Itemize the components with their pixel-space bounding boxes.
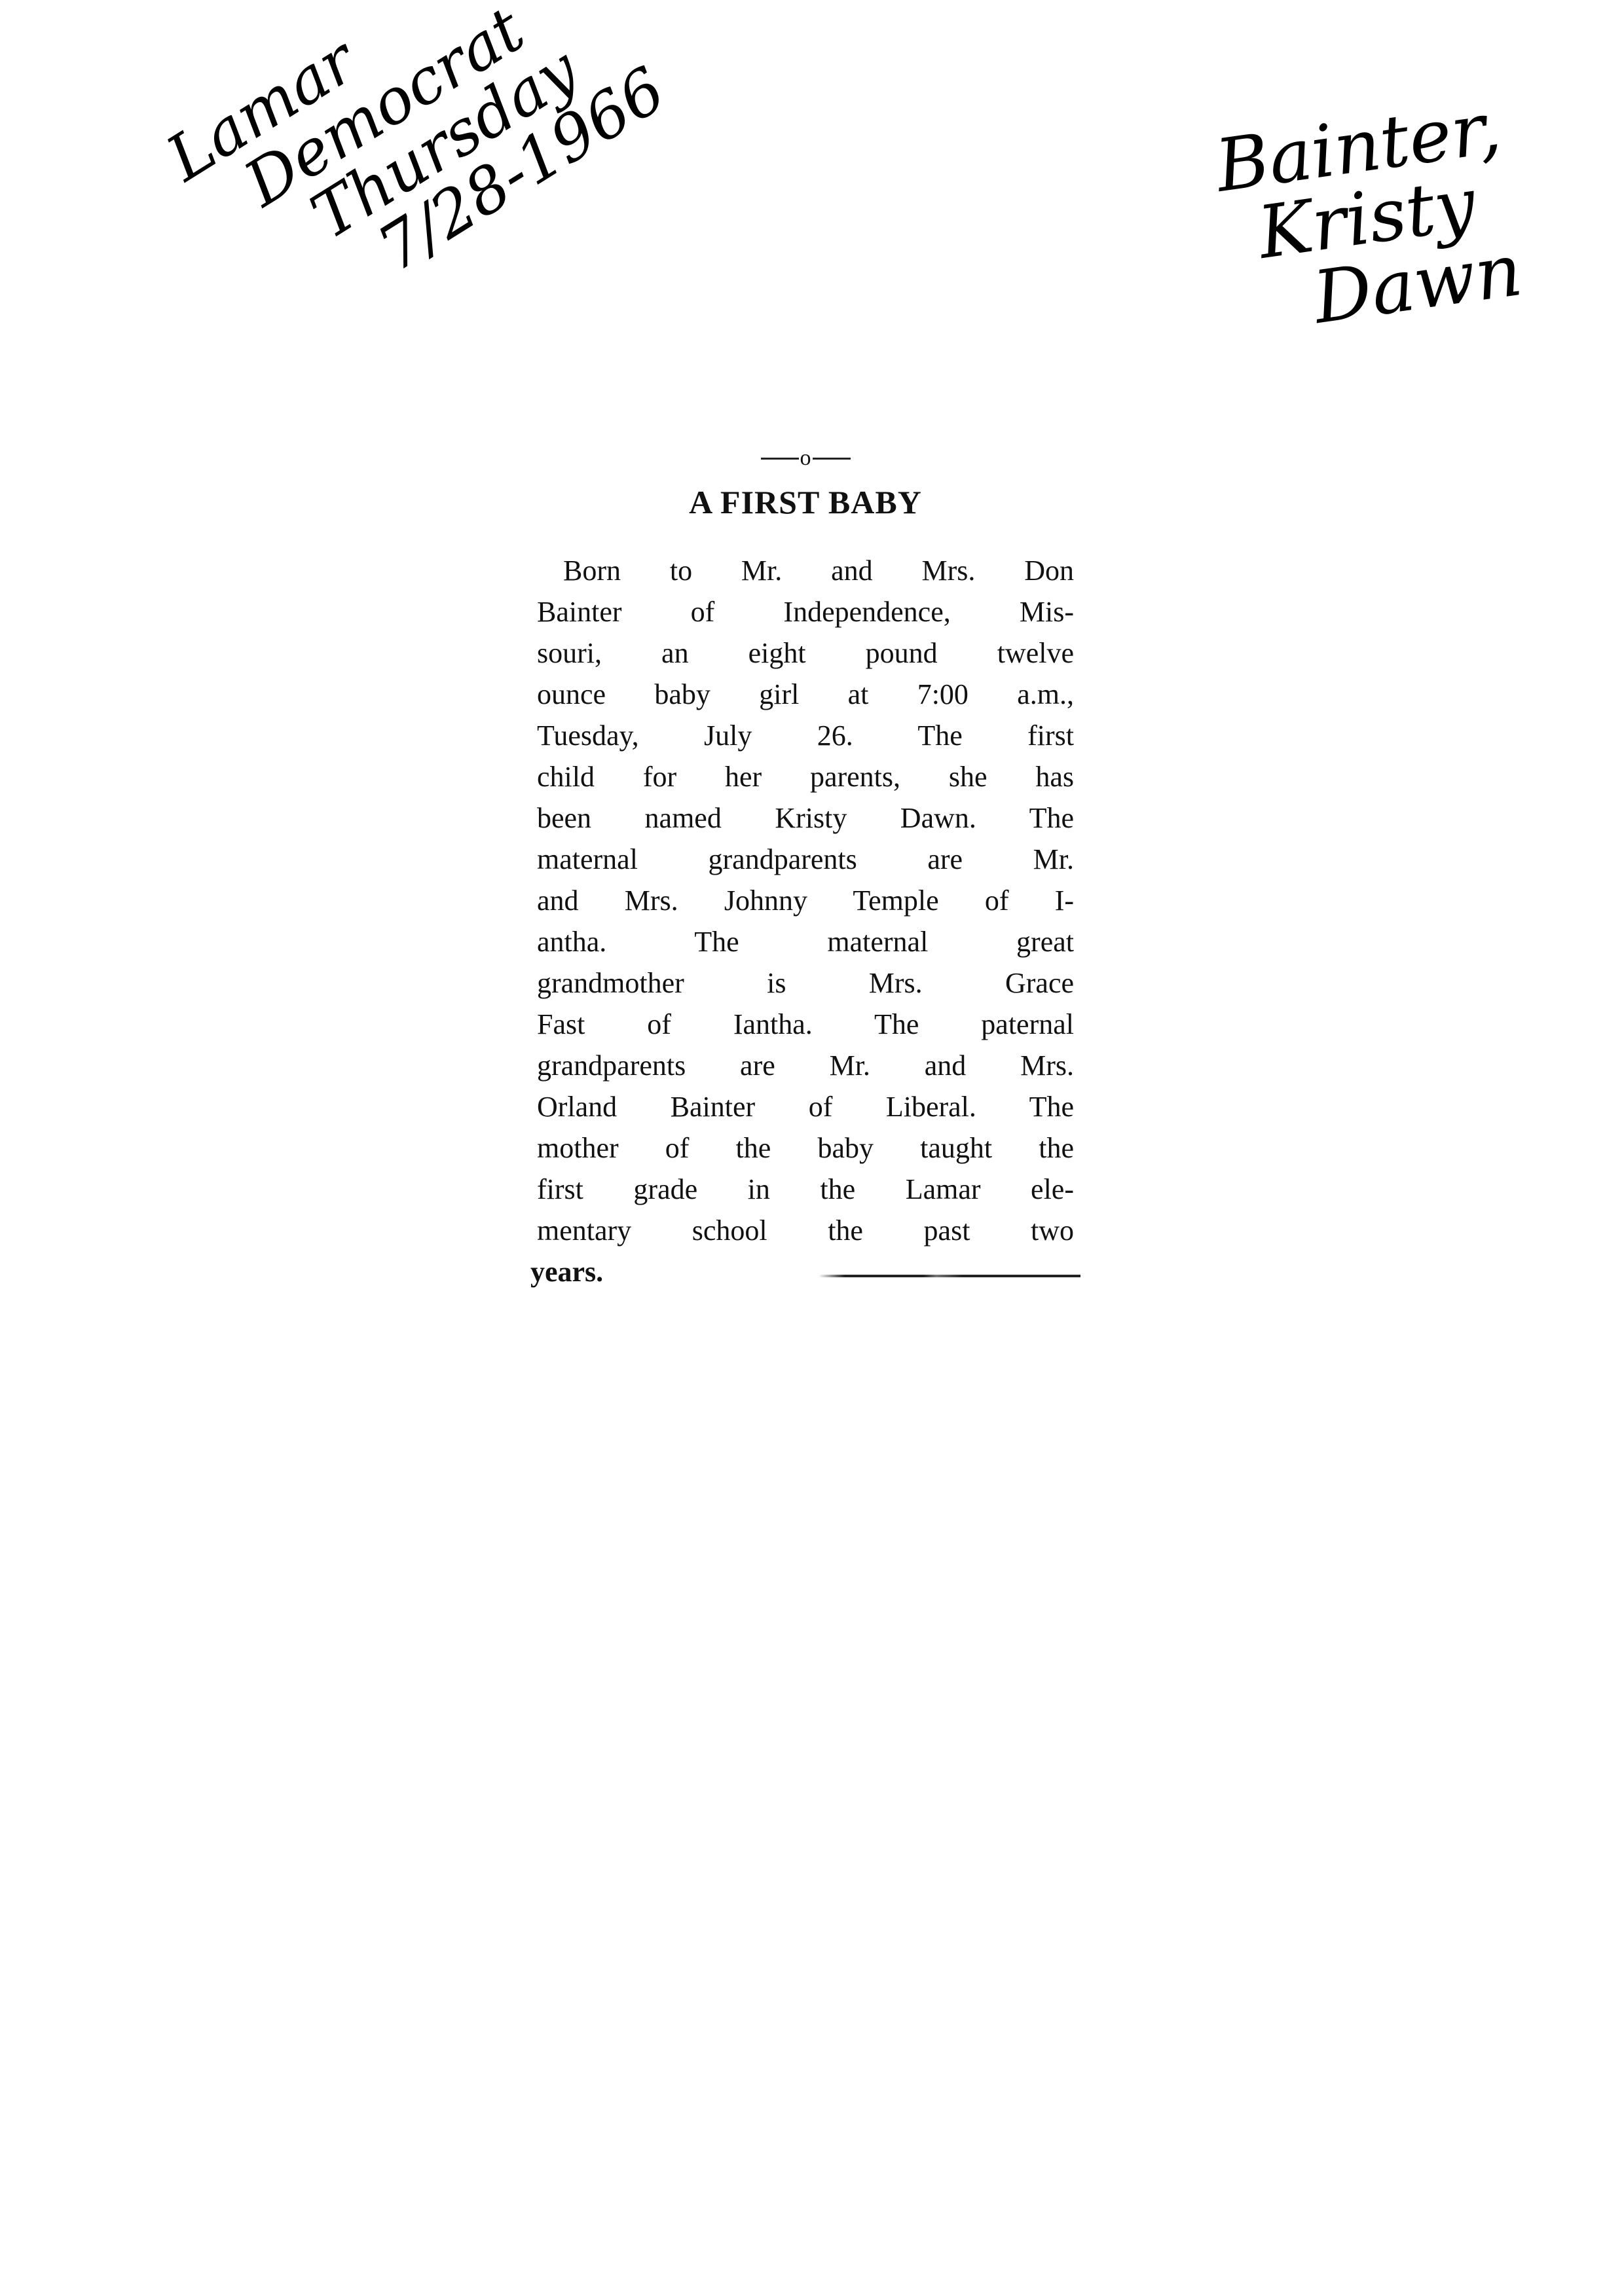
article-last-line: years.	[530, 1251, 1074, 1292]
article-line: Fast of Iantha. The paternal	[537, 1004, 1074, 1045]
handwritten-note-publication: Lamar Democrat Thursday 7/28-1966	[157, 0, 675, 351]
article-line: Tuesday, July 26. The first	[537, 715, 1074, 756]
article-line: grandmother is Mrs. Grace	[537, 962, 1074, 1004]
separator-ornament: o	[537, 445, 1074, 471]
article-line: and Mrs. Johnny Temple of I-	[537, 880, 1074, 921]
article-line: Orland Bainter of Liberal. The	[537, 1086, 1074, 1127]
headline: A FIRST BABY	[537, 483, 1074, 521]
article-line: maternal grandparents are Mr.	[537, 839, 1074, 880]
article-line: been named Kristy Dawn. The	[537, 797, 1074, 839]
article-line: souri, an eight pound twelve	[537, 632, 1074, 674]
article-line: grandparents are Mr. and Mrs.	[537, 1045, 1074, 1086]
article-body: Born to Mr. and Mrs. Don Bainter of Inde…	[537, 550, 1074, 1292]
article-line: child for her parents, she has	[537, 756, 1074, 797]
newspaper-clipping: o A FIRST BABY Born to Mr. and Mrs. Don …	[537, 445, 1074, 1292]
article-line: mother of the baby taught the	[537, 1127, 1074, 1169]
handwritten-note-name: Bainter, Kristy Dawn	[1211, 91, 1526, 345]
article-line: Born to Mr. and Mrs. Don	[537, 550, 1074, 591]
separator-glyph: o	[800, 447, 811, 469]
clipping-edge-rule	[819, 1275, 1080, 1277]
article-line: Bainter of Independence, Mis-	[537, 591, 1074, 632]
article-line: mentary school the past two	[537, 1210, 1074, 1251]
article-line-text: years.	[530, 1256, 603, 1288]
separator-rule	[761, 458, 799, 460]
article-line: first grade in the Lamar ele-	[537, 1169, 1074, 1210]
separator-rule	[813, 458, 851, 460]
article-line: antha. The maternal great	[537, 921, 1074, 962]
article-line: ounce baby girl at 7:00 a.m.,	[537, 674, 1074, 715]
